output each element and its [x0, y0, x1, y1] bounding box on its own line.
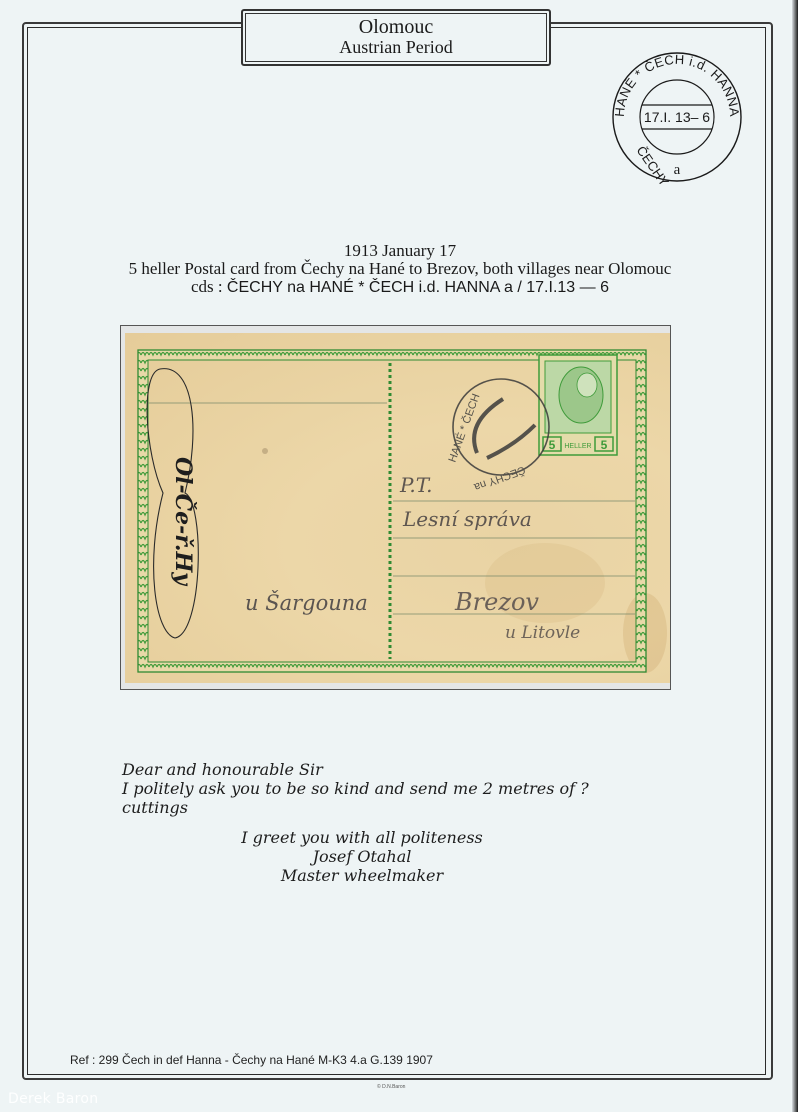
letter-line: Dear and honourable Sir [122, 760, 682, 779]
page-subtitle: Austrian Period [246, 37, 546, 57]
address-line-3: Brezov [455, 588, 539, 616]
cds-value: ČECHY na HANÉ * ČECH i.d. HANNA a / 17.I… [227, 279, 609, 296]
postmark-date: 17.I. 13– 6 [644, 109, 710, 125]
item-description: 1913 January 17 5 heller Postal card fro… [60, 242, 740, 297]
letter-closing: I greet you with all politeness Josef Ot… [122, 828, 602, 885]
letter-translation: Dear and honourable Sir I politely ask y… [122, 760, 682, 817]
closing-line: I greet you with all politeness [122, 828, 602, 847]
copyright-note: © D.N.Baron [377, 1084, 405, 1090]
cancel-postmark: HANÉ * ČECH ČECHY na [446, 379, 549, 494]
postmark-illustration: HANÉ * ČECH i.d. HANNA 17.I. 13– 6 ČECHY… [610, 50, 744, 184]
reference-note: Ref : 299 Čech in def Hanna - Čechy na H… [70, 1053, 433, 1067]
signature-name: Josef Otahal [122, 847, 602, 866]
svg-text:ČECHY na: ČECHY na [472, 463, 528, 494]
address-line-4: u Litovle [505, 623, 580, 643]
letter-line: cuttings [122, 798, 682, 817]
signature-title: Master wheelmaker [122, 866, 602, 885]
description-date: 1913 January 17 [60, 242, 740, 260]
cds-prefix: cds : [191, 277, 227, 296]
svg-text:5: 5 [601, 438, 608, 452]
sender-place-text: u Šargouna [245, 591, 368, 615]
postcard: 5 HELLER 5 HANÉ * ČECH ČECHY na Ol-Če-ř.… [125, 333, 670, 683]
watermark: Derek Baron [8, 1091, 98, 1107]
page-title: Olomouc [246, 17, 546, 37]
svg-text:HANÉ * ČECH i.d. HANNA: HANÉ * ČECH i.d. HANNA [612, 52, 742, 118]
sender-vertical-text: Ol-Če-ř.Hy [170, 457, 196, 585]
description-summary: 5 heller Postal card from Čechy na Hané … [60, 260, 740, 278]
page-edge-shadow [792, 0, 798, 1112]
svg-text:5: 5 [549, 438, 556, 452]
description-cds: cds : ČECHY na HANÉ * ČECH i.d. HANNA a … [60, 278, 740, 297]
postcard-artwork: 5 HELLER 5 HANÉ * ČECH ČECHY na [125, 333, 670, 683]
title-box-content: Olomouc Austrian Period [245, 13, 547, 62]
address-line-1: P.T. [400, 473, 433, 497]
stamp-imprint: 5 HELLER 5 [539, 355, 617, 455]
postmark-icon: HANÉ * ČECH i.d. HANNA 17.I. 13– 6 ČECHY… [610, 50, 744, 184]
postmark-letter: a [674, 162, 681, 178]
postmark-top-text: HANÉ * ČECH i.d. HANNA [612, 52, 742, 118]
address-line-2: Lesní správa [403, 507, 532, 531]
letter-line: I politely ask you to be so kind and sen… [122, 779, 682, 798]
svg-text:HELLER: HELLER [564, 443, 591, 450]
